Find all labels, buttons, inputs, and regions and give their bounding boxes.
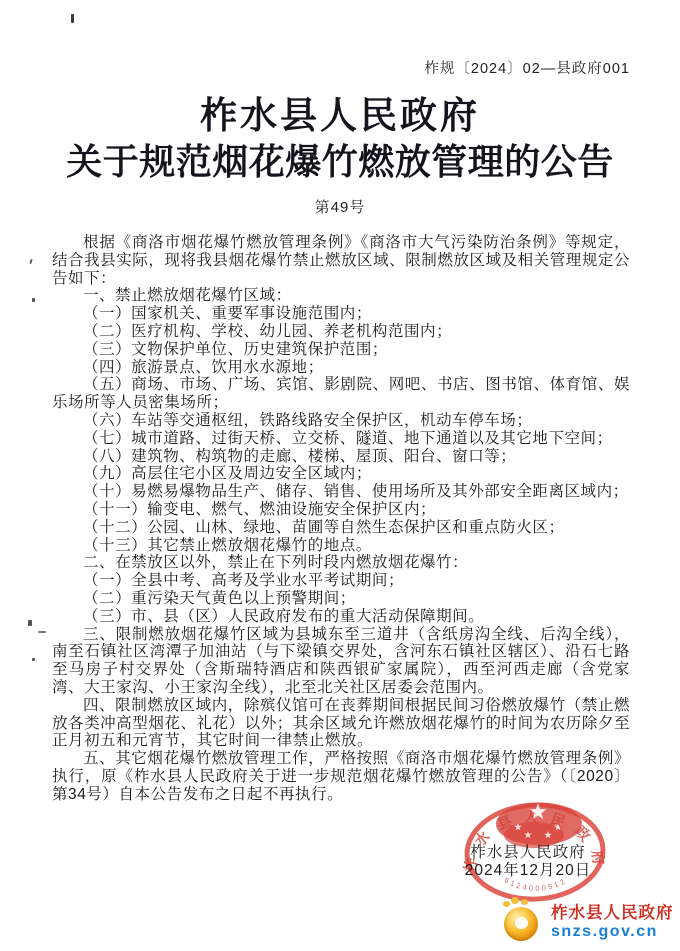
para-section1-item13: （十三）其它禁止燃放烟花爆竹的地点。 (52, 537, 630, 555)
title-subject: 关于规范烟花爆竹燃放管理的公告 (0, 140, 680, 184)
site-watermark-text: 柞水县人民政府 snzs.gov.cn (551, 894, 674, 941)
seal-code-text: 6124000512 (503, 875, 569, 893)
logo-paw-dot (511, 897, 519, 904)
para-section2-item2: （二）重污染天气黄色以上预警期间； (52, 590, 630, 608)
para-section1-item7: （七）城市道路、过街天桥、立交桥、隧道、地下通道以及其它地下空间； (52, 430, 630, 448)
announcement-page: 柞规〔2024〕02—县政府001 柞水县人民政府 关于规范烟花爆竹燃放管理的公… (0, 0, 680, 951)
para-section1-item3: （三）文物保护单位、历史建筑保护范围； (52, 341, 630, 359)
logo-paw-dot (521, 899, 528, 905)
para-section4: 四、限制燃放区域内，除殡仪馆可在丧葬期间根据民间习俗燃放爆竹（禁止燃放各类冲高型… (52, 697, 630, 750)
para-section3: 三、限制燃放烟花爆竹区域为县城东至三道井（含纸房沟全线、后沟全线），南至石镇社区… (52, 626, 630, 697)
logo-donut (504, 907, 538, 941)
para-section1-heading: 一、禁止燃放烟花爆竹区域： (52, 287, 630, 305)
logo-donut-hole (515, 917, 528, 929)
scan-artifact (71, 14, 74, 23)
document-body: 根据《商洛市烟花爆竹燃放管理条例》《商洛市大气污染防治条例》等规定，结合我县实际… (52, 234, 630, 804)
issue-number: 第49号 (0, 196, 680, 217)
para-section2-item1: （一）全县中考、高考及学业水平考试期间； (52, 572, 630, 590)
para-section2-heading: 二、在禁放区以外，禁止在下列时段内燃放烟花爆竹： (52, 554, 630, 572)
scan-artifact (32, 298, 35, 302)
site-logo-icon (502, 894, 542, 946)
para-section1-item12: （十二）公园、山林、绿地、苗圃等自然生态保护区和重点防火区； (52, 519, 630, 537)
scan-artifact (38, 631, 46, 633)
scan-artifact (29, 259, 32, 264)
para-section1-item6: （六）车站等交通枢纽，铁路线路安全保护区，机动车停车场； (52, 412, 630, 430)
para-section1-item4: （四）旅游景点、饮用水水源地； (52, 359, 630, 377)
para-section1-item1: （一）国家机关、重要军事设施范围内； (52, 305, 630, 323)
para-section1-item5: （五）商场、市场、广场、宾馆、影剧院、网吧、书店、图书馆、体育馆、娱乐场所等人员… (52, 376, 630, 412)
site-watermark: 柞水县人民政府 snzs.gov.cn (502, 894, 674, 946)
para-section1-item11: （十一）输变电、燃气、燃油设施安全保护区内； (52, 501, 630, 519)
para-intro: 根据《商洛市烟花爆竹燃放管理条例》《商洛市大气污染防治条例》等规定，结合我县实际… (52, 234, 630, 287)
para-section2-item3: （三）市、县（区）人民政府发布的重大活动保障期间。 (52, 608, 630, 626)
page-title: 柞水县人民政府 关于规范烟花爆竹燃放管理的公告 (0, 94, 680, 184)
site-url: snzs.gov.cn (551, 922, 674, 941)
title-issuer: 柞水县人民政府 (0, 94, 680, 140)
scan-artifact (32, 658, 35, 661)
para-section1-item9: （九）高层住宅小区及周边安全区域内； (52, 465, 630, 483)
scan-artifact (28, 620, 32, 626)
doc-reference-number: 柞规〔2024〕02—县政府001 (424, 57, 630, 78)
para-section1-item2: （二）医疗机构、学校、幼儿园、养老机构范围内； (52, 323, 630, 341)
logo-paw-dot (503, 901, 510, 907)
para-section1-item8: （八）建筑物、构筑物的走廊、楼梯、屋顶、阳台、窗口等； (52, 448, 630, 466)
para-section1-item10: （十）易燃易爆物品生产、储存、销售、使用场所及其外部安全距离区域内； (52, 483, 630, 501)
site-name: 柞水县人民政府 (551, 904, 674, 922)
